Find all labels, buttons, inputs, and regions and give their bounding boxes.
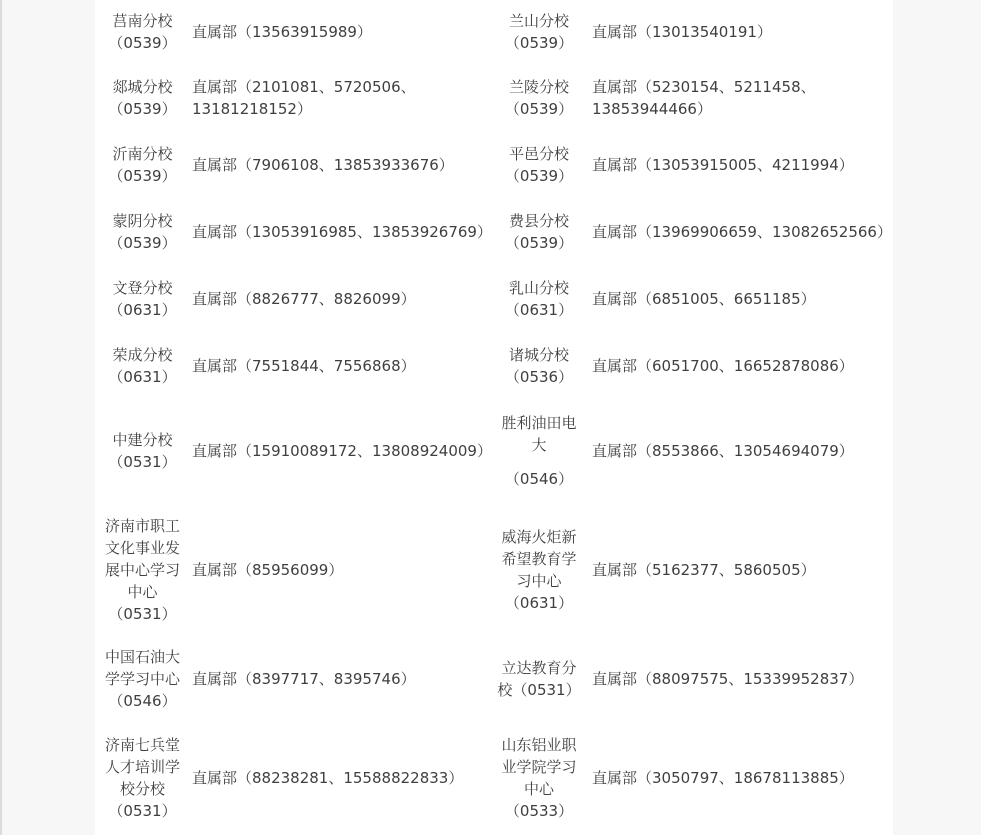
branch-name: 兰陵分校 （0539） bbox=[490, 76, 588, 120]
branch-code: （0539） bbox=[490, 232, 588, 254]
branch-code: （0539） bbox=[490, 32, 588, 54]
branch-phone: 直属部（13563915989） bbox=[190, 21, 490, 43]
branch-code: （0531） bbox=[95, 800, 190, 822]
branch-phone: 直属部（6851005、6651185） bbox=[588, 288, 893, 310]
branch-phone: 直属部（85956099） bbox=[190, 559, 490, 581]
table-row: 济南市职工 文化事业发 展中心学习 中心 （0531） 直属部（85956099… bbox=[95, 503, 893, 636]
branch-name-line: 兰山分校 bbox=[490, 10, 588, 32]
branch-name-line: 中心 bbox=[95, 581, 190, 603]
branch-code: （0631） bbox=[490, 592, 588, 614]
branch-code: （0531） bbox=[95, 451, 190, 473]
branch-name: 沂南分校 （0539） bbox=[95, 143, 190, 187]
branch-name-line: 校（0531） bbox=[490, 679, 588, 701]
branch-code: （0539） bbox=[95, 165, 190, 187]
branch-name-line: 立达教育分 bbox=[490, 657, 588, 679]
branch-phone: 直属部（3050797、18678113885） bbox=[588, 767, 893, 789]
page: 莒南分校 （0539） 直属部（13563915989） 兰山分校 （0539）… bbox=[0, 0, 981, 835]
branch-phone: 直属部（13013540191） bbox=[588, 21, 893, 43]
branch-phone: 直属部（6051700、16652878086） bbox=[588, 355, 893, 377]
branch-name: 立达教育分 校（0531） bbox=[490, 657, 588, 701]
branch-phone: 直属部（8553866、13054694079） bbox=[588, 440, 893, 462]
branch-name-line: 文登分校 bbox=[95, 277, 190, 299]
table-row: 莒南分校 （0539） 直属部（13563915989） 兰山分校 （0539）… bbox=[95, 0, 893, 64]
branch-name-line: 莒南分校 bbox=[95, 10, 190, 32]
branch-name-line: 校分校 bbox=[95, 778, 190, 800]
branch-name: 诸城分校 （0536） bbox=[490, 344, 588, 388]
table-row: 文登分校 （0631） 直属部（8826777、8826099） 乳山分校 （0… bbox=[95, 265, 893, 332]
branch-code: （0539） bbox=[490, 165, 588, 187]
branch-name: 济南七兵堂 人才培训学 校分校 （0531） bbox=[95, 734, 190, 822]
table-row: 中建分校 （0531） 直属部（15910089172、13808924009）… bbox=[95, 399, 893, 503]
branch-name: 兰山分校 （0539） bbox=[490, 10, 588, 54]
branch-phone: 直属部（7551844、7556868） bbox=[190, 355, 490, 377]
branch-phone: 直属部（88097575、15339952837） bbox=[588, 668, 893, 690]
branch-name-line: 文化事业发 bbox=[95, 537, 190, 559]
table-row: 沂南分校 （0539） 直属部（7906108、13853933676） 平邑分… bbox=[95, 131, 893, 198]
branch-phone: 直属部（13053916985、13853926769） bbox=[190, 221, 490, 243]
branch-name-line: 中心 bbox=[490, 778, 588, 800]
branch-name: 中建分校 （0531） bbox=[95, 429, 190, 473]
branch-name-line: 威海火炬新 bbox=[490, 526, 588, 548]
branch-code: （0631） bbox=[95, 299, 190, 321]
branch-name: 莒南分校 （0539） bbox=[95, 10, 190, 54]
branch-phone: 直属部（5162377、5860505） bbox=[588, 559, 893, 581]
branch-code: （0539） bbox=[95, 98, 190, 120]
branch-code: （0539） bbox=[95, 232, 190, 254]
branch-code: （0539） bbox=[490, 98, 588, 120]
branch-code: （0533） bbox=[490, 800, 588, 822]
branch-name-line: 习中心 bbox=[490, 570, 588, 592]
branch-name: 乳山分校 （0631） bbox=[490, 277, 588, 321]
branch-code: （0546） bbox=[95, 690, 190, 712]
branch-phone: 直属部（8826777、8826099） bbox=[190, 288, 490, 310]
branch-name-line: 沂南分校 bbox=[95, 143, 190, 165]
branch-name-line: 山东铝业职 bbox=[490, 734, 588, 756]
branch-code: （0539） bbox=[95, 32, 190, 54]
branch-name: 济南市职工 文化事业发 展中心学习 中心 （0531） bbox=[95, 515, 190, 625]
branch-phone: 直属部（5230154、5211458、13853944466） bbox=[588, 76, 893, 120]
branch-code: （0631） bbox=[95, 366, 190, 388]
branch-code: （0536） bbox=[490, 366, 588, 388]
branch-phone: 直属部（15910089172、13808924009） bbox=[190, 440, 490, 462]
branch-phone: 直属部（13969906659、13082652566） bbox=[588, 221, 893, 243]
table-row: 济南七兵堂 人才培训学 校分校 （0531） 直属部（88238281、1558… bbox=[95, 721, 893, 834]
branch-name: 郯城分校 （0539） bbox=[95, 76, 190, 120]
branch-name-line: 济南市职工 bbox=[95, 515, 190, 537]
branch-name: 平邑分校 （0539） bbox=[490, 143, 588, 187]
branch-code: （0531） bbox=[95, 603, 190, 625]
branch-name-line: 蒙阴分校 bbox=[95, 210, 190, 232]
branch-name: 中国石油大 学学习中心 （0546） bbox=[95, 646, 190, 712]
table-row: 荣成分校 （0631） 直属部（7551844、7556868） 诸城分校 （0… bbox=[95, 332, 893, 399]
branch-name: 威海火炬新 希望教育学 习中心 （0631） bbox=[490, 526, 588, 614]
branch-name: 费县分校 （0539） bbox=[490, 210, 588, 254]
branch-name-line: 平邑分校 bbox=[490, 143, 588, 165]
branch-name-line: 费县分校 bbox=[490, 210, 588, 232]
branch-contact-table: 莒南分校 （0539） 直属部（13563915989） 兰山分校 （0539）… bbox=[95, 0, 893, 835]
branch-name: 荣成分校 （0631） bbox=[95, 344, 190, 388]
branch-name-line: 展中心学习 bbox=[95, 559, 190, 581]
branch-phone: 直属部（88238281、15588822833） bbox=[190, 767, 490, 789]
branch-name-line: 乳山分校 bbox=[490, 277, 588, 299]
branch-phone: 直属部（7906108、13853933676） bbox=[190, 154, 490, 176]
branch-phone: 直属部（8397717、8395746） bbox=[190, 668, 490, 690]
branch-name-line: 荣成分校 bbox=[95, 344, 190, 366]
branch-name-line: 希望教育学 bbox=[490, 548, 588, 570]
branch-name: 胜利油田电 大 （0546） bbox=[490, 412, 588, 490]
left-edge-divider bbox=[0, 0, 2, 835]
branch-name-line: 业学院学习 bbox=[490, 756, 588, 778]
branch-name-line: 中建分校 bbox=[95, 429, 190, 451]
branch-code: （0631） bbox=[490, 299, 588, 321]
branch-name-line: 胜利油田电 bbox=[490, 412, 588, 434]
branch-name-line: 诸城分校 bbox=[490, 344, 588, 366]
branch-code: （0546） bbox=[490, 468, 588, 490]
table-row: 中国石油大 学学习中心 （0546） 直属部（8397717、8395746） … bbox=[95, 636, 893, 721]
table-row: 蒙阴分校 （0539） 直属部（13053916985、13853926769）… bbox=[95, 198, 893, 265]
table-row: 郯城分校 （0539） 直属部（2101081、5720506、13181218… bbox=[95, 64, 893, 131]
branch-name: 蒙阴分校 （0539） bbox=[95, 210, 190, 254]
branch-name-line: 大 bbox=[490, 434, 588, 456]
branch-name-line: 学学习中心 bbox=[95, 668, 190, 690]
branch-name: 文登分校 （0631） bbox=[95, 277, 190, 321]
branch-name-line: 人才培训学 bbox=[95, 756, 190, 778]
branch-name-line: 兰陵分校 bbox=[490, 76, 588, 98]
branch-phone: 直属部（13053915005、4211994） bbox=[588, 154, 893, 176]
branch-name-line: 济南七兵堂 bbox=[95, 734, 190, 756]
branch-name: 山东铝业职 业学院学习 中心 （0533） bbox=[490, 734, 588, 822]
branch-name-line: 中国石油大 bbox=[95, 646, 190, 668]
branch-phone: 直属部（2101081、5720506、13181218152） bbox=[190, 76, 490, 120]
branch-name-line: 郯城分校 bbox=[95, 76, 190, 98]
